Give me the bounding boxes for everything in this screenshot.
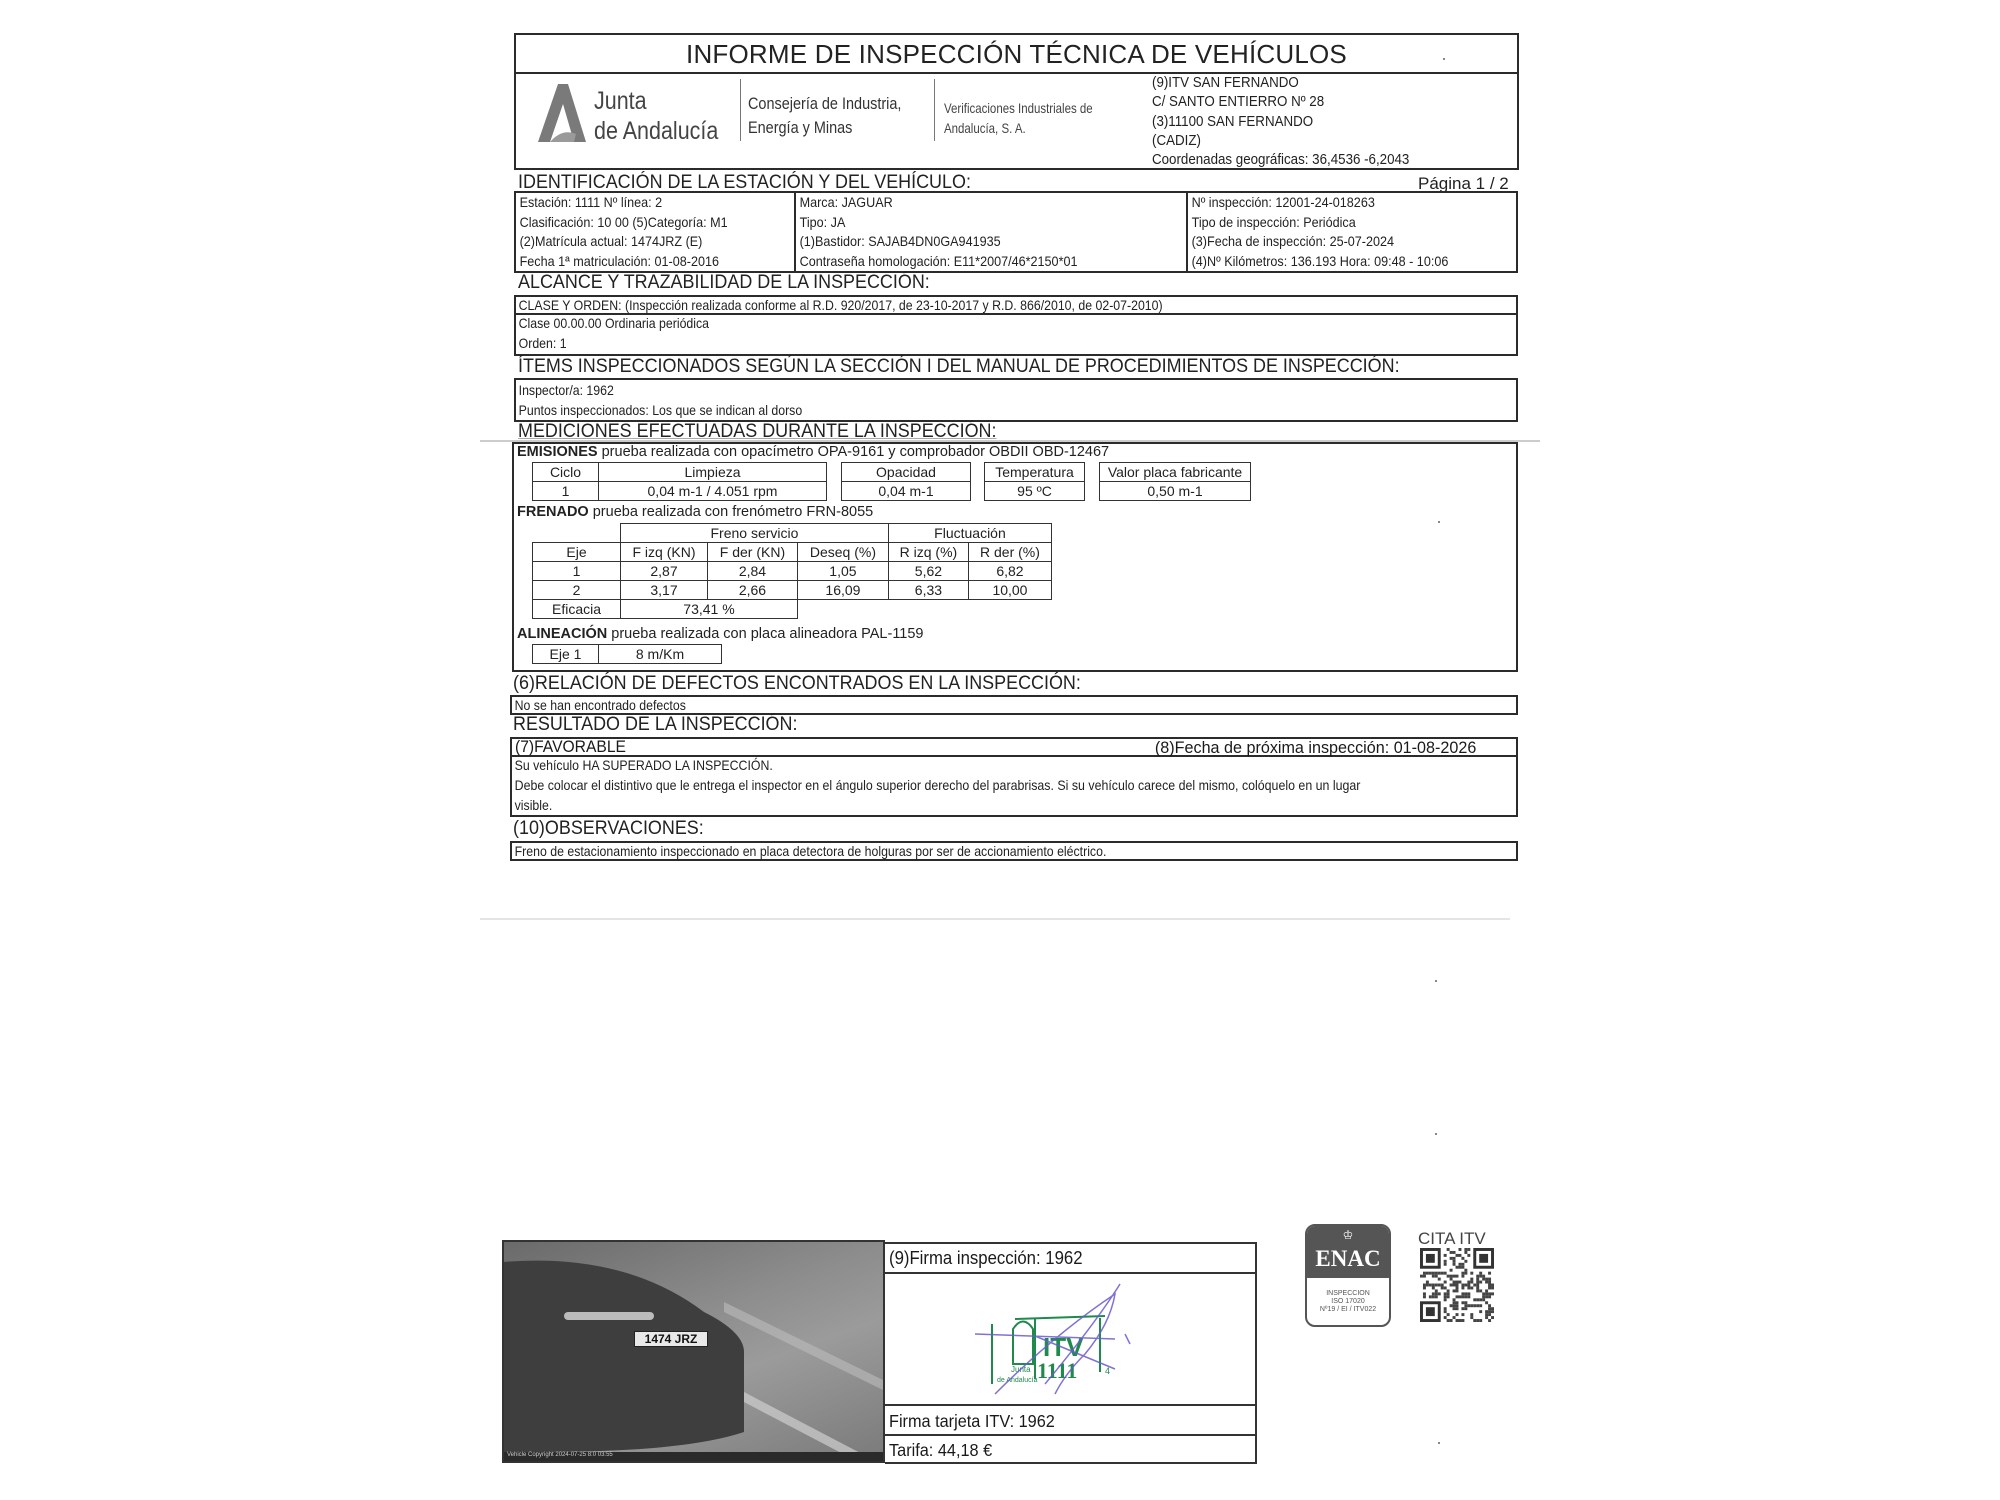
result-verdict: (7)FAVORABLE (515, 737, 626, 757)
header-temperatura: Temperatura (985, 463, 1085, 482)
enac-details: INSPECCION ISO 17020 Nº19 / EI / ITV022 (1307, 1290, 1389, 1314)
observations-text: Freno de estacionamiento inspeccionado e… (512, 843, 1106, 859)
value-valor-placa: 0,50 m-1 (1100, 482, 1251, 501)
department-name: Consejería de Industria, Energía y Minas (748, 92, 901, 140)
braking-cell: 16,09 (797, 581, 888, 600)
items-title: ÍTEMS INSPECCIONADOS SEGÚN LA SECCIÓN I … (518, 355, 1400, 378)
alignment-axle: Eje 1 (533, 645, 599, 664)
identification-field: Estación: 1111 Nº línea: 2 (516, 193, 766, 213)
defects-text: No se han encontrado defectos (512, 697, 686, 713)
svg-text:1111: 1111 (1037, 1358, 1077, 1383)
scope-clase: Clase 00.00.00 Ordinaria periódica (516, 313, 709, 333)
braking-table: Freno servicio Fluctuación EjeF izq (KN)… (532, 523, 1052, 619)
identification-field: Nº inspección: 12001-24-018263 (1188, 193, 1485, 213)
braking-label: FRENADO (517, 504, 589, 520)
company-line-2: Andalucía, S. A. (944, 118, 1093, 138)
vehicle-photo: 1474 JRZ Vehicle Copyright 2024-07-25 8:… (502, 1240, 885, 1463)
header-ciclo: Ciclo (533, 463, 599, 482)
svg-text:4: 4 (1105, 1366, 1110, 1376)
emissions-cycle-table: CicloLimpieza 10,04 m-1 / 4.051 rpm (532, 462, 827, 501)
scope-title: ALCANCE Y TRAZABILIDAD DE LA INSPECCIÓN: (518, 271, 930, 294)
station-info-line: (9)ITV SAN FERNANDO (1152, 74, 1409, 93)
table-row: 23,172,6616,096,3310,00 (533, 581, 1052, 600)
company-name: Verificaciones Industriales de Andalucía… (944, 98, 1093, 138)
enac-line-1: INSPECCION (1307, 1290, 1389, 1298)
fee: Tarifa: 44,18 € (889, 1440, 992, 1461)
qr-label: CITA ITV (1418, 1229, 1486, 1249)
identification-field: Contraseña homologación: E11*2007/46*215… (796, 252, 1147, 272)
value-opacidad: 0,04 m-1 (842, 482, 971, 501)
emissions-label: EMISIONES (517, 444, 598, 460)
scope-box: Clase 00.00.00 Ordinaria periódica Orden… (514, 313, 1518, 356)
braking-header-row: EjeF izq (KN)F der (KN)Deseq (%)R izq (%… (533, 543, 1052, 562)
braking-header-cell: R der (%) (968, 543, 1051, 562)
braking-cell: 10,00 (968, 581, 1051, 600)
identification-field: (3)Fecha de inspección: 25-07-2024 (1188, 232, 1485, 252)
photo-caption: Vehicle Copyright 2024-07-25 8:0 03:55 (507, 1452, 613, 1458)
department-line-1: Consejería de Industria, (748, 92, 901, 116)
enac-header: ♔ ENAC (1307, 1226, 1389, 1278)
braking-cell: 2,84 (707, 562, 797, 581)
efficacy-value: 73,41 % (621, 600, 798, 619)
logo-text: Junta de Andalucía (594, 86, 718, 146)
braking-header-cell: R izq (%) (888, 543, 968, 562)
result-title: RESULTADO DE LA INSPECCIÓN: (513, 713, 797, 736)
scan-line (480, 918, 1510, 920)
header-box: Junta de Andalucía Consejería de Industr… (514, 72, 1519, 170)
document-title-box: INFORME DE INSPECCIÓN TÉCNICA DE VEHÍCUL… (514, 33, 1519, 73)
braking-cell: 2 (533, 581, 621, 600)
scope-header-box: CLASE Y ORDEN: (Inspección realizada con… (514, 295, 1518, 315)
value-temperatura: 95 ºC (985, 482, 1085, 501)
qr-code-icon[interactable] (1420, 1248, 1494, 1322)
value-ciclo: 1 (533, 482, 599, 501)
braking-cell: 6,82 (968, 562, 1051, 581)
measurements-box: EMISIONES prueba realizada con opacímetr… (512, 442, 1518, 672)
emissions-desc: prueba realizada con opacímetro OPA-9161… (598, 444, 1110, 460)
card-signature-row: Firma tarjeta ITV: 1962 (885, 1406, 1255, 1436)
alignment-line: ALINEACIÓN prueba realizada con placa al… (517, 625, 924, 645)
braking-cell: 1 (533, 562, 621, 581)
braking-cell: 2,66 (707, 581, 797, 600)
braking-desc: prueba realizada con frenómetro FRN-8055 (589, 504, 874, 520)
scope-header: CLASE Y ORDEN: (Inspección realizada con… (516, 297, 1163, 313)
car-silhouette-icon (504, 1242, 885, 1463)
alignment-value: 8 m/Km (599, 645, 722, 664)
enac-name: ENAC (1307, 1246, 1389, 1272)
svg-text:de Andalucía: de Andalucía (997, 1377, 1038, 1384)
result-line-2: Debe colocar el distintivo que le entreg… (512, 775, 1360, 795)
identification-field: Marca: JAGUAR (796, 193, 1147, 213)
braking-cell: 3,17 (621, 581, 708, 600)
identification-field: Fecha 1ª matriculación: 01-08-2016 (516, 252, 766, 272)
crown-icon: ♔ (1307, 1228, 1389, 1242)
efficacy-row: Eficacia73,41 % (533, 600, 1052, 619)
defects-title: (6)RELACIÓN DE DEFECTOS ENCONTRADOS EN L… (513, 672, 1081, 695)
divider (740, 79, 741, 141)
manufacturer-plate-table: Valor placa fabricante 0,50 m-1 (1099, 462, 1251, 501)
alignment-desc: prueba realizada con placa alineadora PA… (607, 626, 923, 642)
observations-title: (10)OBSERVACIONES: (513, 817, 704, 840)
card-signature: Firma tarjeta ITV: 1962 (889, 1411, 1055, 1432)
group-freno-servicio: Freno servicio (621, 524, 889, 543)
group-fluctuacion: Fluctuación (888, 524, 1051, 543)
scan-dot (1438, 1442, 1440, 1444)
identification-field: Clasificación: 10 00 (5)Categoría: M1 (516, 213, 766, 233)
scan-dot (1435, 980, 1437, 982)
enac-line-2: ISO 17020 (1307, 1298, 1389, 1306)
result-line-1: Su vehículo HA SUPERADO LA INSPECCIÓN. (512, 755, 773, 775)
scan-dot (1443, 58, 1445, 60)
inspection-column: Nº inspección: 12001-24-018263Tipo de in… (1188, 193, 1518, 271)
braking-header-cell: F der (KN) (707, 543, 797, 562)
temperature-table: Temperatura 95 ºC (984, 462, 1085, 501)
station-info-line: C/ SANTO ENTIERRO Nº 28 (1152, 93, 1409, 112)
result-message-box: Su vehículo HA SUPERADO LA INSPECCIÓN. D… (510, 755, 1518, 817)
fee-row: Tarifa: 44,18 € (885, 1436, 1255, 1464)
inspected-points: Puntos inspeccionados: Los que se indica… (516, 400, 802, 420)
alignment-table: Eje 18 m/Km (532, 644, 722, 664)
identification-field: (2)Matrícula actual: 1474JRZ (E) (516, 232, 766, 252)
efficacy-label: Eficacia (533, 600, 621, 619)
scope-orden: Orden: 1 (516, 333, 567, 353)
company-line-1: Verificaciones Industriales de (944, 98, 1093, 118)
result-line-3: visible. (512, 795, 552, 815)
vehicle-column: Marca: JAGUARTipo: JA(1)Bastidor: SAJAB4… (796, 193, 1186, 271)
identification-field: Tipo de inspección: Periódica (1188, 213, 1485, 233)
logo-line-2: de Andalucía (594, 116, 718, 146)
header-limpieza: Limpieza (599, 463, 827, 482)
enac-line-3: Nº19 / EI / ITV022 (1307, 1306, 1389, 1314)
identification-field: (1)Bastidor: SAJAB4DN0GA941935 (796, 232, 1147, 252)
braking-cell: 1,05 (797, 562, 888, 581)
junta-andalucia-logo-icon (536, 82, 588, 144)
braking-line: FRENADO prueba realizada con frenómetro … (517, 503, 873, 523)
itv-stamp-icon: ITV 1111 4 Junta de Andalucía (885, 1274, 1255, 1404)
header-opacidad: Opacidad (842, 463, 971, 482)
braking-header-cell: Deseq (%) (797, 543, 888, 562)
braking-cell: 6,33 (888, 581, 968, 600)
braking-cell: 2,87 (621, 562, 708, 581)
station-info-line: (CADIZ) (1152, 132, 1409, 151)
braking-header-cell: Eje (533, 543, 621, 562)
department-line-2: Energía y Minas (748, 116, 901, 140)
license-plate: 1474 JRZ (634, 1331, 708, 1347)
station-column: Estación: 1111 Nº línea: 2Clasificación:… (516, 193, 794, 271)
scan-dot (1438, 521, 1440, 523)
value-limpieza: 0,04 m-1 / 4.051 rpm (599, 482, 827, 501)
station-info-line: Coordenadas geográficas: 36,4536 -6,2043 (1152, 151, 1409, 170)
identification-field: Tipo: JA (796, 213, 1147, 233)
stamp-area: ITV 1111 4 Junta de Andalucía (885, 1274, 1255, 1406)
station-info: (9)ITV SAN FERNANDOC/ SANTO ENTIERRO Nº … (1152, 74, 1409, 170)
braking-header-cell: F izq (KN) (621, 543, 708, 562)
defects-box: No se han encontrado defectos (510, 695, 1518, 715)
inspector: Inspector/a: 1962 (516, 380, 614, 400)
identification-box: Estación: 1111 Nº línea: 2Clasificación:… (514, 191, 1518, 273)
braking-cell: 5,62 (888, 562, 968, 581)
header-valor-placa: Valor placa fabricante (1100, 463, 1251, 482)
result-verdict-box: (7)FAVORABLE (8)Fecha de próxima inspecc… (510, 737, 1518, 757)
items-box: Inspector/a: 1962 Puntos inspeccionados:… (514, 378, 1518, 422)
identification-field: (4)Nº Kilómetros: 136.193 Hora: 09:48 - … (1188, 252, 1485, 272)
logo-line-1: Junta (594, 86, 718, 116)
signature-header: (9)Firma inspección: 1962 (885, 1244, 1255, 1274)
emissions-line: EMISIONES prueba realizada con opacímetr… (517, 443, 1109, 463)
enac-badge: ♔ ENAC INSPECCION ISO 17020 Nº19 / EI / … (1305, 1224, 1391, 1327)
divider (934, 79, 935, 141)
table-row: 12,872,841,055,626,82 (533, 562, 1052, 581)
station-info-line: (3)11100 SAN FERNANDO (1152, 113, 1409, 132)
document-title: INFORME DE INSPECCIÓN TÉCNICA DE VEHÍCUL… (516, 39, 1517, 70)
signature-label: (9)Firma inspección: 1962 (889, 1248, 1083, 1269)
opacity-table: Opacidad 0,04 m-1 (841, 462, 971, 501)
scan-dot (1435, 1133, 1437, 1135)
signature-panel: (9)Firma inspección: 1962 ITV 1111 4 Jun… (885, 1242, 1257, 1464)
alignment-label: ALINEACIÓN (517, 626, 607, 642)
observations-box: Freno de estacionamiento inspeccionado e… (510, 841, 1518, 861)
